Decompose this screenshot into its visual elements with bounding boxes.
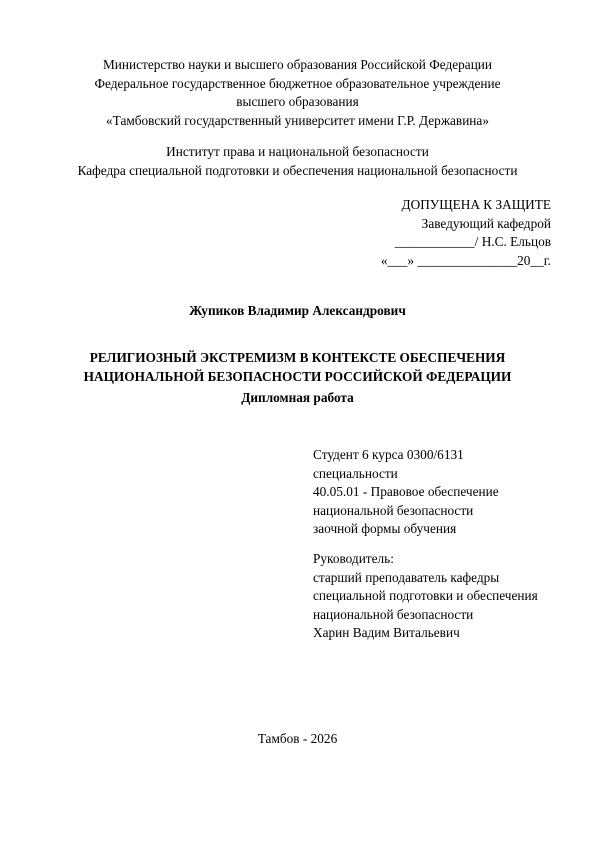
thesis-title-line-2: НАЦИОНАЛЬНОЙ БЕЗОПАСНОСТИ РОССИЙСКОЙ ФЕД…	[0, 368, 595, 387]
document-page: Министерство науки и высшего образования…	[0, 0, 595, 841]
city-year: Тамбов - 2026	[0, 730, 595, 749]
supervisor-position: старший преподаватель кафедры	[313, 569, 538, 588]
institution-type: Федеральное государственное бюджетное об…	[0, 75, 595, 94]
student-specialty-name: национальной безопасности	[313, 502, 499, 521]
approval-title: ДОПУЩЕНА К ЗАЩИТЕ	[381, 196, 551, 215]
thesis-title-line-1: РЕЛИГИОЗНЫЙ ЭКСТРЕМИЗМ В КОНТЕКСТЕ ОБЕСП…	[0, 349, 595, 368]
supervisor-department: специальной подготовки и обеспечения	[313, 587, 538, 606]
approval-stamp: ДОПУЩЕНА К ЗАЩИТЕ Заведующий кафедрой __…	[381, 196, 551, 270]
supervisor-info: Руководитель: старший преподаватель кафе…	[313, 550, 538, 643]
approval-signature-line: ____________/ Н.С. Ельцов	[381, 233, 551, 252]
student-course: Студент 6 курса 0300/6131	[313, 446, 499, 465]
supervisor-department-cont: национальной безопасности	[313, 606, 538, 625]
university-name: «Тамбовский государственный университет …	[0, 112, 595, 131]
student-specialty-label: специальности	[313, 465, 499, 484]
student-name: Жупиков Владимир Александрович	[0, 302, 595, 321]
education-level: высшего образования	[0, 93, 595, 112]
approval-date-line: «___» _______________20__г.	[381, 252, 551, 271]
student-info: Студент 6 курса 0300/6131 специальности …	[313, 446, 499, 539]
ministry-header: Министерство науки и высшего образования…	[0, 56, 595, 130]
work-type: Дипломная работа	[0, 389, 595, 408]
student-study-form: заочной формы обучения	[313, 520, 499, 539]
ministry-name: Министерство науки и высшего образования…	[0, 56, 595, 75]
approval-position: Заведующий кафедрой	[381, 215, 551, 234]
institute-name: Институт права и национальной безопаснос…	[0, 143, 595, 162]
supervisor-label: Руководитель:	[313, 550, 538, 569]
thesis-title: РЕЛИГИОЗНЫЙ ЭКСТРЕМИЗМ В КОНТЕКСТЕ ОБЕСП…	[0, 349, 595, 386]
student-specialty-code: 40.05.01 - Правовое обеспечение	[313, 483, 499, 502]
department-name: Кафедра специальной подготовки и обеспеч…	[0, 162, 595, 181]
institute-header: Институт права и национальной безопаснос…	[0, 143, 595, 180]
supervisor-name: Харин Вадим Витальевич	[313, 624, 538, 643]
